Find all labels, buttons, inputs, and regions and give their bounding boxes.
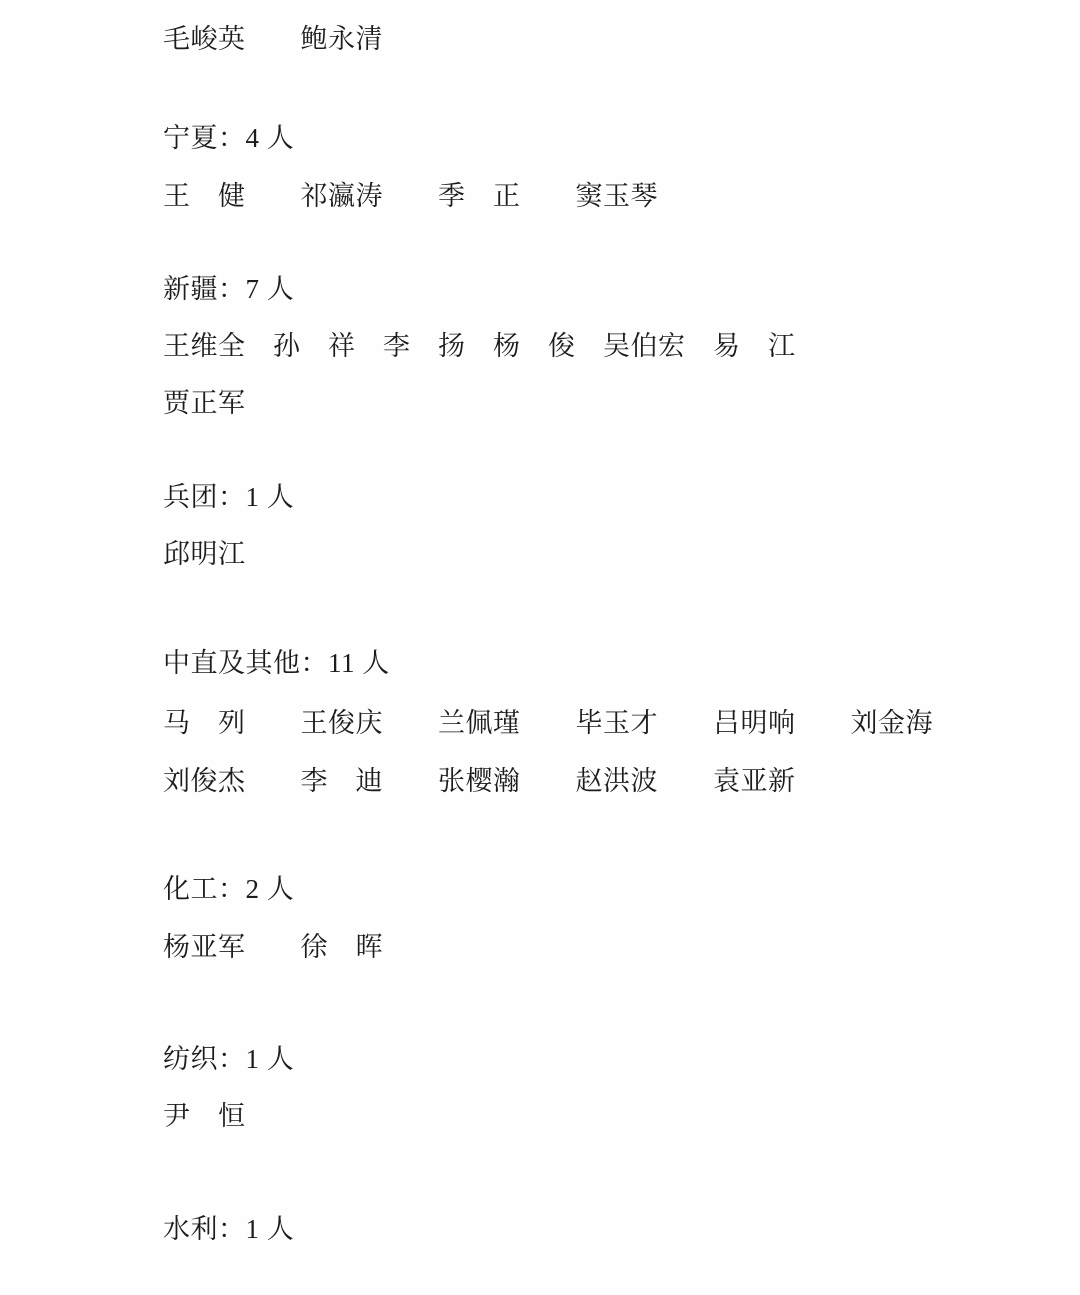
section-heading: 水利：1 人 <box>163 1214 294 1245</box>
section-heading: 新疆：7 人 <box>163 274 294 305</box>
section-heading: 中直及其他：11 人 <box>163 648 390 679</box>
name-row: 邱明江 <box>163 539 246 570</box>
name-row: 王维全 孙 祥 李 扬 杨 俊 吴伯宏 易 江 <box>163 331 796 362</box>
section-heading: 宁夏：4 人 <box>163 123 294 154</box>
name-row: 尹 恒 <box>163 1101 246 1132</box>
name-row: 毛峻英 鲍永清 <box>163 24 383 55</box>
name-row: 贾正军 <box>163 388 246 419</box>
section-heading: 兵团：1 人 <box>163 482 294 513</box>
section-heading: 化工：2 人 <box>163 874 294 905</box>
name-row: 王 健 祁瀛涛 季 正 窦玉琴 <box>163 181 658 212</box>
document-page: 毛峻英 鲍永清 宁夏：4 人 王 健 祁瀛涛 季 正 窦玉琴 新疆：7 人 王维… <box>0 0 1080 1295</box>
section-heading: 纺织：1 人 <box>163 1044 294 1075</box>
name-row: 杨亚军 徐 晖 <box>163 932 383 963</box>
name-row: 马 列 王俊庆 兰佩瑾 毕玉才 吕明响 刘金海 <box>163 708 933 739</box>
name-row: 刘俊杰 李 迪 张樱瀚 赵洪波 袁亚新 <box>163 766 796 797</box>
